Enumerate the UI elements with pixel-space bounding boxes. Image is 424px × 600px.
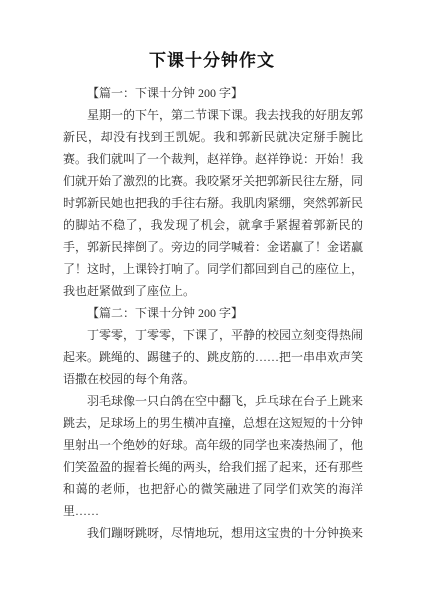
text-line: 起来。跳绳的、踢毽子的、跳皮筋的……把一串串欢声笑: [63, 346, 363, 368]
text-line: 和蔼的老师，也把舒心的微笑融进了同学们欢笑的海洋: [63, 478, 363, 500]
text-line: 我们蹦呀跳呀，尽情地玩，想用这宝贵的十分钟换来: [63, 522, 363, 544]
essay-body: 【篇一：下课十分钟 200 字】 星期一的下午，第二节课下课。我去找我的好朋友郭…: [63, 82, 363, 544]
text-line: 语撒在校园的每个角落。: [63, 368, 363, 390]
text-line: 里……: [63, 500, 363, 522]
text-line: 时郭新民她也把我的手往右掰。我肌肉紧绷，突然郭新民: [63, 192, 363, 214]
section-heading: 【篇一：下课十分钟 200 字】: [63, 82, 363, 104]
text-line: 赛。我们就叫了一个裁判，赵祥铮。赵祥铮说：开始！我: [63, 148, 363, 170]
text-line: 里射出一个绝妙的好球。高年级的同学也来凑热闹了，他: [63, 434, 363, 456]
text-line: 的脚站不稳了，我发现了机会，就拿手紧握着郭新民的: [63, 214, 363, 236]
text-line: 们笑盈盈的握着长绳的两头，给我们摇了起来，还有那些: [63, 456, 363, 478]
text-line: 新民，却没有找到王凯妮。我和郭新民就决定掰手腕比: [63, 126, 363, 148]
text-line: 羽毛球像一只白鸽在空中翻飞，乒乓球在台子上跳来: [63, 390, 363, 412]
text-line: 手，郭新民摔倒了。旁边的同学喊着：金诺赢了！金诺赢: [63, 236, 363, 258]
text-line: 们就开始了激烈的比赛。我咬紧牙关把郭新民往左掰，同: [63, 170, 363, 192]
text-line: 我也赶紧做到了座位上。: [63, 280, 363, 302]
text-line: 丁零零，丁零零，下课了，平静的校园立刻变得热闹: [63, 324, 363, 346]
text-line: 了！这时，上课铃打响了。同学们都回到自己的座位上，: [63, 258, 363, 280]
document-page: 下课十分钟作文 【篇一：下课十分钟 200 字】 星期一的下午，第二节课下课。我…: [0, 0, 424, 600]
text-line: 星期一的下午，第二节课下课。我去找我的好朋友郭: [63, 104, 363, 126]
text-line: 跳去，足球场上的男生横冲直撞，总想在这短短的十分钟: [63, 412, 363, 434]
section-heading: 【篇二：下课十分钟 200 字】: [63, 302, 363, 324]
page-title: 下课十分钟作文: [0, 0, 424, 73]
